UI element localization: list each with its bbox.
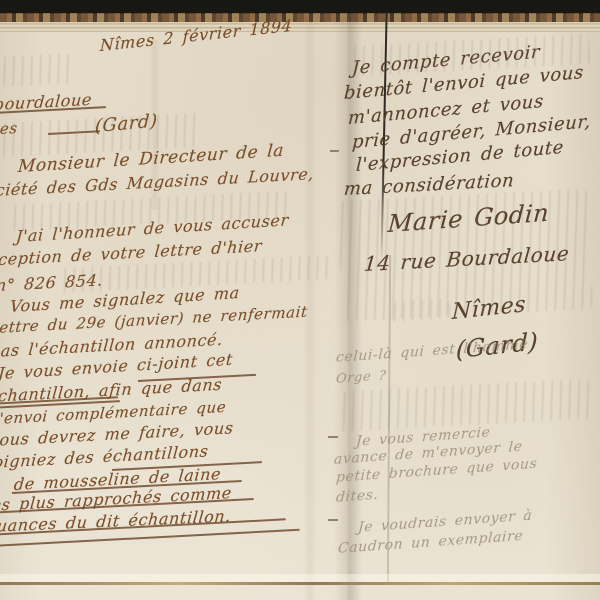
- margin-dash: [328, 519, 338, 521]
- ghost-line: Orge ?: [335, 368, 387, 387]
- photograph-of-handwritten-letter: Nîmes 2 février 1894bourdalouees(Gard)Mo…: [0, 0, 600, 600]
- ghost-line: celui-là qui est l'homme: [335, 337, 528, 367]
- margin-dash: [328, 436, 338, 438]
- show-through-smudge: [337, 189, 593, 322]
- show-through-smudge: [390, 298, 451, 321]
- bottom-fold-highlight: [0, 574, 600, 582]
- ghost-line: dites.: [335, 487, 379, 506]
- show-through-smudge: [0, 53, 71, 87]
- page-edge-striations: [0, 22, 600, 32]
- margin-dash: [330, 150, 339, 152]
- book-cover-edge: [0, 0, 600, 14]
- show-through-smudge: [339, 378, 591, 431]
- bottom-fold-line: [0, 582, 600, 585]
